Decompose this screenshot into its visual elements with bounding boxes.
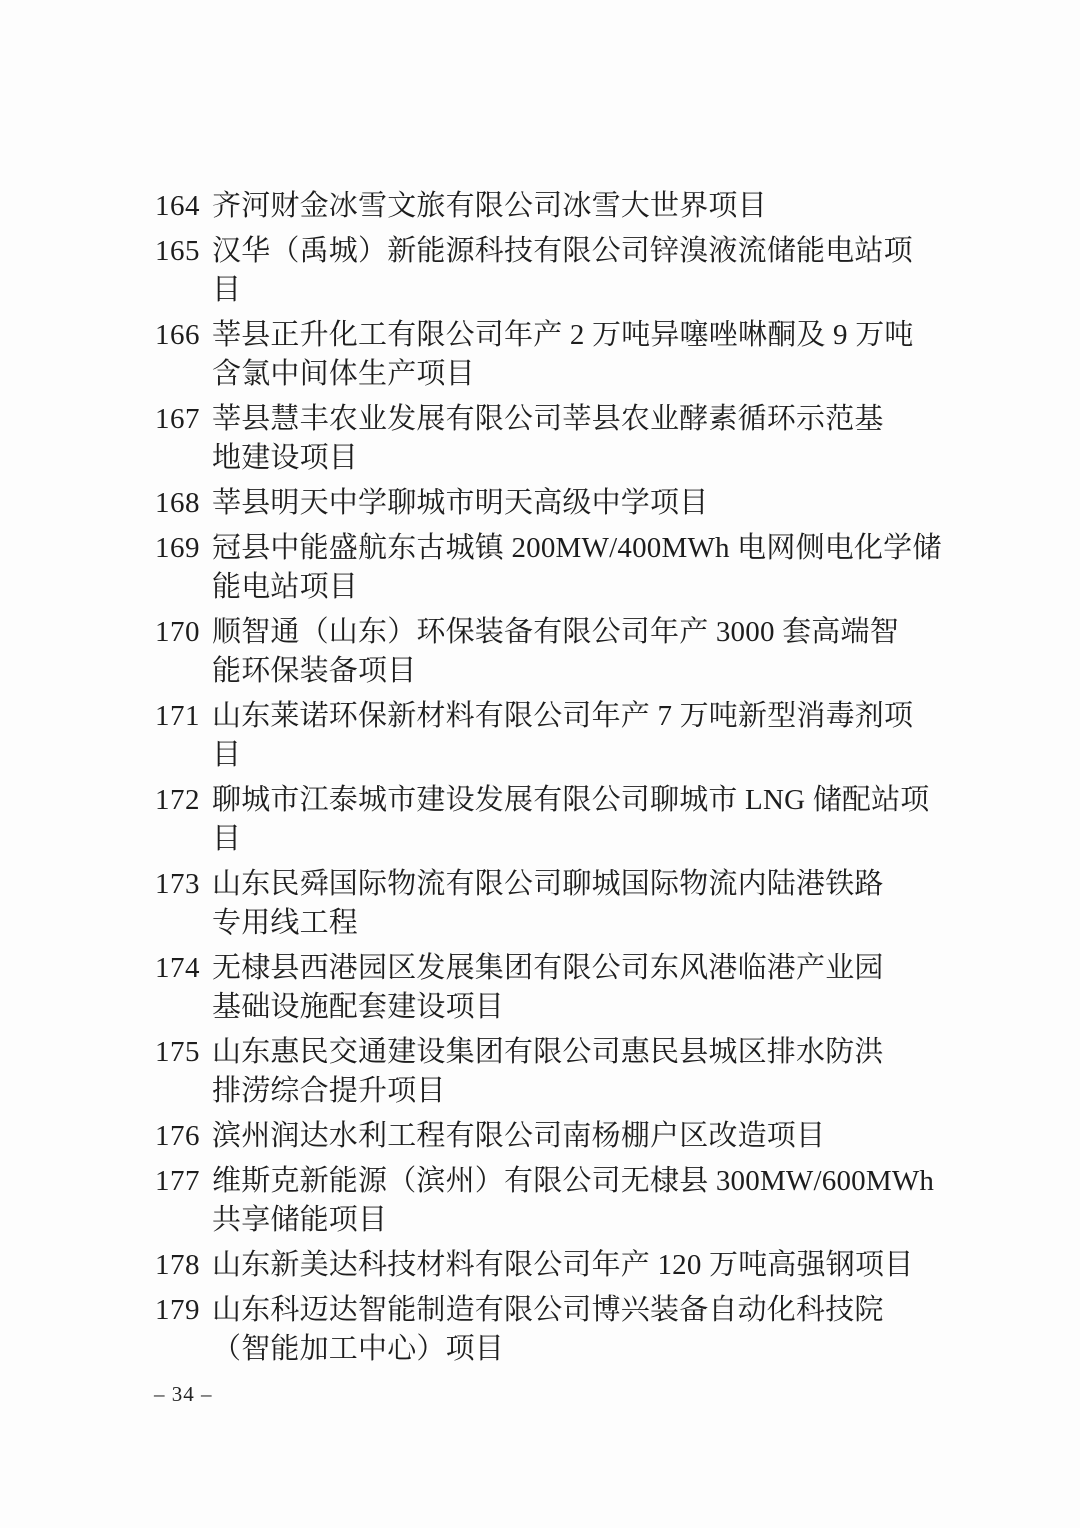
item-text: 莘县明天中学聊城市明天高级中学项目 <box>212 484 1035 523</box>
item-text: 山东民舜国际物流有限公司聊城国际物流内陆港铁路 专用线工程 <box>212 865 1035 943</box>
item-text: 汉华（禹城）新能源科技有限公司锌溴液流储能电站项 目 <box>212 232 1035 310</box>
item-text: 聊城市江泰城市建设发展有限公司聊城市 LNG 储配站项 目 <box>212 781 1035 859</box>
item-text: 莘县正升化工有限公司年产 2 万吨异噻唑啉酮及 9 万吨 含氯中间体生产项目 <box>212 316 1035 394</box>
item-number: 164 <box>155 187 212 226</box>
item-number: 177 <box>155 1162 212 1201</box>
item-number: 171 <box>155 697 212 736</box>
item-text: 冠县中能盛航东古城镇 200MW/400MWh 电网侧电化学储 能电站项目 <box>212 529 1035 607</box>
project-list: 164 齐河财金冰雪文旅有限公司冰雪大世界项目 165 汉华（禹城）新能源科技有… <box>155 187 1035 1375</box>
item-number: 173 <box>155 865 212 904</box>
document-page: 164 齐河财金冰雪文旅有限公司冰雪大世界项目 165 汉华（禹城）新能源科技有… <box>0 0 1080 1528</box>
item-number: 175 <box>155 1033 212 1072</box>
list-item: 177 维斯克新能源（滨州）有限公司无棣县 300MW/600MWh 共享储能项… <box>155 1162 1035 1240</box>
list-item: 172 聊城市江泰城市建设发展有限公司聊城市 LNG 储配站项 目 <box>155 781 1035 859</box>
list-item: 164 齐河财金冰雪文旅有限公司冰雪大世界项目 <box>155 187 1035 226</box>
list-item: 175 山东惠民交通建设集团有限公司惠民县城区排水防洪 排涝综合提升项目 <box>155 1033 1035 1111</box>
list-item: 169 冠县中能盛航东古城镇 200MW/400MWh 电网侧电化学储 能电站项… <box>155 529 1035 607</box>
list-item: 171 山东莱诺环保新材料有限公司年产 7 万吨新型消毒剂项 目 <box>155 697 1035 775</box>
list-item: 178 山东新美达科技材料有限公司年产 120 万吨高强钢项目 <box>155 1246 1035 1285</box>
list-item: 168 莘县明天中学聊城市明天高级中学项目 <box>155 484 1035 523</box>
item-text: 山东新美达科技材料有限公司年产 120 万吨高强钢项目 <box>212 1246 1035 1285</box>
item-text: 顺智通（山东）环保装备有限公司年产 3000 套高端智 能环保装备项目 <box>212 613 1035 691</box>
item-text: 山东科迈达智能制造有限公司博兴装备自动化科技院 （智能加工中心）项目 <box>212 1291 1035 1369</box>
item-text: 齐河财金冰雪文旅有限公司冰雪大世界项目 <box>212 187 1035 226</box>
list-item: 176 滨州润达水利工程有限公司南杨棚户区改造项目 <box>155 1117 1035 1156</box>
list-item: 167 莘县慧丰农业发展有限公司莘县农业酵素循环示范基 地建设项目 <box>155 400 1035 478</box>
item-number: 165 <box>155 232 212 271</box>
page-number: – 34 – <box>154 1381 213 1407</box>
item-number: 166 <box>155 316 212 355</box>
list-item: 174 无棣县西港园区发展集团有限公司东风港临港产业园 基础设施配套建设项目 <box>155 949 1035 1027</box>
item-number: 174 <box>155 949 212 988</box>
item-text: 莘县慧丰农业发展有限公司莘县农业酵素循环示范基 地建设项目 <box>212 400 1035 478</box>
item-number: 172 <box>155 781 212 820</box>
list-item: 166 莘县正升化工有限公司年产 2 万吨异噻唑啉酮及 9 万吨 含氯中间体生产… <box>155 316 1035 394</box>
item-number: 167 <box>155 400 212 439</box>
item-text: 滨州润达水利工程有限公司南杨棚户区改造项目 <box>212 1117 1035 1156</box>
item-number: 168 <box>155 484 212 523</box>
item-number: 169 <box>155 529 212 568</box>
item-text: 山东惠民交通建设集团有限公司惠民县城区排水防洪 排涝综合提升项目 <box>212 1033 1035 1111</box>
item-text: 山东莱诺环保新材料有限公司年产 7 万吨新型消毒剂项 目 <box>212 697 1035 775</box>
list-item: 179 山东科迈达智能制造有限公司博兴装备自动化科技院 （智能加工中心）项目 <box>155 1291 1035 1369</box>
item-text: 无棣县西港园区发展集团有限公司东风港临港产业园 基础设施配套建设项目 <box>212 949 1035 1027</box>
list-item: 170 顺智通（山东）环保装备有限公司年产 3000 套高端智 能环保装备项目 <box>155 613 1035 691</box>
item-number: 176 <box>155 1117 212 1156</box>
list-item: 165 汉华（禹城）新能源科技有限公司锌溴液流储能电站项 目 <box>155 232 1035 310</box>
item-number: 178 <box>155 1246 212 1285</box>
item-number: 179 <box>155 1291 212 1330</box>
item-text: 维斯克新能源（滨州）有限公司无棣县 300MW/600MWh 共享储能项目 <box>212 1162 1035 1240</box>
item-number: 170 <box>155 613 212 652</box>
list-item: 173 山东民舜国际物流有限公司聊城国际物流内陆港铁路 专用线工程 <box>155 865 1035 943</box>
